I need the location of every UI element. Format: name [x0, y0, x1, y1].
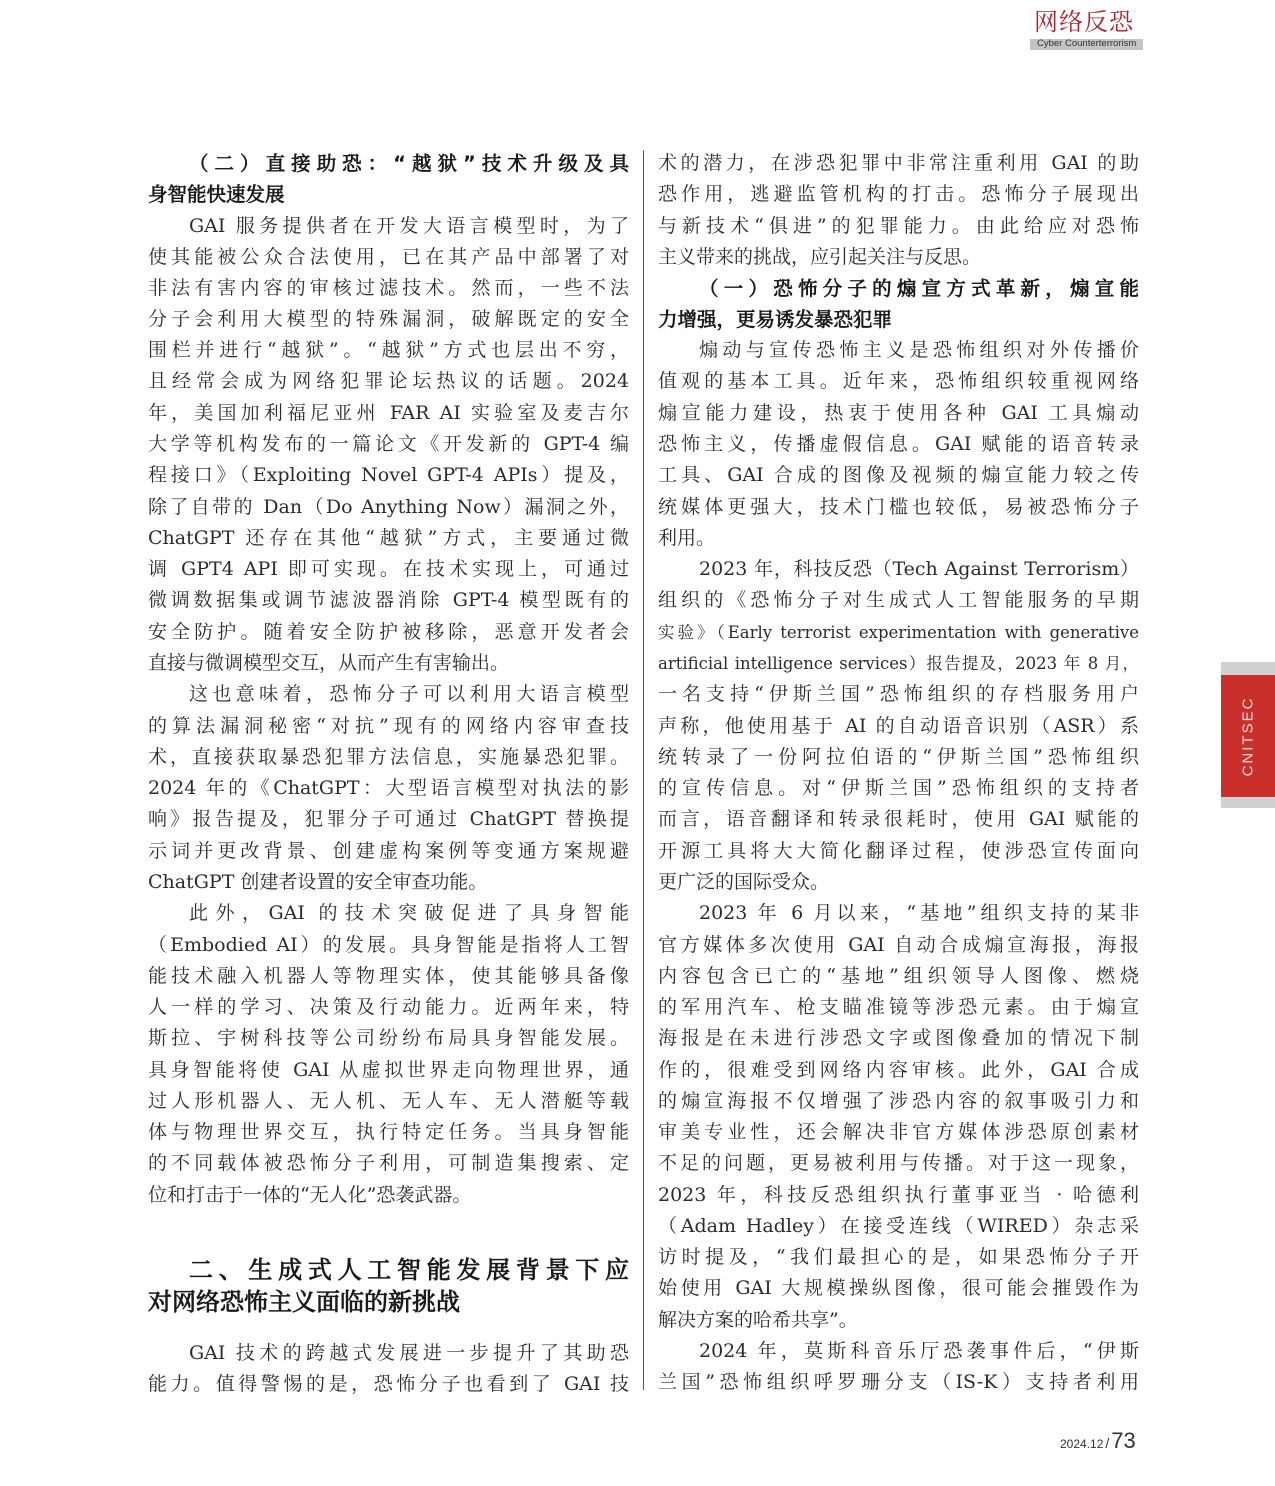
body-text-line: 此外，GAI 的技术突破促进了具身智能 — [148, 898, 629, 929]
footer-separator: / — [1105, 1435, 1109, 1451]
body-text-line: 2023 年，科技反恐组织执行董事亚当 · 哈德利 — [658, 1180, 1139, 1211]
section-heading-line: 对网络恐怖主义面临的新挑战 — [148, 1286, 629, 1318]
side-tab-top-band — [1221, 662, 1275, 675]
body-text-line: 组织的《恐怖分子对生成式人工智能服务的早期 — [658, 585, 1139, 616]
body-text-line: 兰国”恐怖组织呼罗珊分支（IS-K）支持者利用 — [658, 1367, 1139, 1398]
body-text-line: 且经常会成为网络犯罪论坛热议的话题。2024 — [148, 366, 629, 397]
side-tab-label-wrap: CNITSEC — [1221, 675, 1275, 797]
running-header-title: 网络反恐 — [1034, 7, 1134, 37]
body-text-line: 过人形机器人、无人机、无人车、无人潜艇等载 — [148, 1086, 629, 1117]
body-text-line: 访时提及，“我们最担心的是，如果恐怖分子开 — [658, 1242, 1139, 1273]
running-header-subtitle: Cyber Counterterrorism — [1037, 38, 1136, 50]
body-text-line: 实验》（Early terrorist experimentation with… — [658, 617, 1139, 648]
body-text-line: 人一样的学习、决策及行动能力。近两年来，特 — [148, 992, 629, 1023]
body-text-line: （Embodied AI）的发展。具身智能是指将人工智 — [148, 930, 629, 961]
body-text-line: 调 GPT4 API 即可实现。在技术实现上，可通过 — [148, 554, 629, 585]
body-text-line: 利用。 — [658, 523, 1139, 554]
body-text-line: 审美专业性，还会解决非官方媒体涉恐原创素材 — [658, 1117, 1139, 1148]
body-text-line: GAI 服务提供者在开发大语言模型时，为了 — [148, 211, 629, 242]
body-text-line: 统转录了一份阿拉伯语的“伊斯兰国”恐怖组织 — [658, 742, 1139, 773]
body-text-line: 更广泛的国际受众。 — [658, 867, 1139, 898]
body-text-line: 大学等机构发布的一篇论文《开发新的 GPT-4 编 — [148, 429, 629, 460]
body-text-line: 内容包含已亡的“基地”组织领导人图像、燃烧 — [658, 961, 1139, 992]
body-text-line: 安全防护。随着安全防护被移除，恶意开发者会 — [148, 617, 629, 648]
body-text-line: 的算法漏洞秘密“对抗”现有的网络内容审查技 — [148, 711, 629, 742]
body-text-line: 能力。值得警惕的是，恐怖分子也看到了 GAI 技 — [148, 1369, 629, 1400]
body-text-line: 2023 年 6 月以来，“基地”组织支持的某非 — [658, 898, 1139, 929]
body-text-line: 海报是在未进行涉恐文字或图像叠加的情况下制 — [658, 1023, 1139, 1054]
body-text-line: 位和打击于一体的“无人化”恐袭武器。 — [148, 1180, 629, 1211]
section-heading-line: （二）直接助恐：“越狱”技术升级及具 — [148, 148, 629, 179]
body-text-line: artificial intelligence services）报告提及，20… — [658, 648, 1139, 679]
body-text-line: 的军用汽车、枪支瞄准镜等涉恐元素。由于煽宣 — [658, 992, 1139, 1023]
body-text-line: 分子会利用大模型的特殊漏洞，破解既定的安全 — [148, 304, 629, 335]
column-divider — [643, 150, 644, 1390]
page-number: 73 — [1111, 1428, 1135, 1453]
body-text-line: （Adam Hadley）在接受连线（WIRED）杂志采 — [658, 1211, 1139, 1242]
body-text-line: 斯拉、宇树科技等公司纷纷布局具身智能发展。 — [148, 1023, 629, 1054]
body-text-line: 这也意味着，恐怖分子可以利用大语言模型 — [148, 679, 629, 710]
section-heading-line: （一）恐怖分子的煽宣方式革新，煽宣能 — [658, 273, 1139, 304]
body-text-line: 围栏并进行“越狱”。“越狱”方式也层出不穷， — [148, 335, 629, 366]
body-text-line: 与新技术“俱进”的犯罪能力。由此给应对恐怖 — [658, 211, 1139, 242]
body-text-line: 工具、GAI 合成的图像及视频的煽宣能力较之传 — [658, 460, 1139, 491]
issue-date: 2024.12 — [1060, 1437, 1103, 1451]
body-text-line: 2024 年的《ChatGPT：大型语言模型对执法的影 — [148, 773, 629, 804]
body-text-line: ChatGPT 还存在其他“越狱”方式，主要通过微 — [148, 523, 629, 554]
body-text-line: 煽宣能力建设，热衷于使用各种 GAI 工具煽动 — [658, 398, 1139, 429]
body-text-line: 统媒体更强大，技术门槛也较低，易被恐怖分子 — [658, 492, 1139, 523]
body-text-line: 的煽宣海报不仅增强了涉恐内容的叙事吸引力和 — [658, 1086, 1139, 1117]
body-text-line: 声称，他使用基于 AI 的自动语音识别（ASR）系 — [658, 711, 1139, 742]
body-text-line: GAI 技术的跨越式发展进一步提升了其助恐 — [148, 1338, 629, 1369]
section-heading-line: 二、生成式人工智能发展背景下应 — [148, 1254, 629, 1286]
body-text-line: 始使用 GAI 大规模操纵图像，很可能会摧毁作为 — [658, 1273, 1139, 1304]
body-text-line: 而言，语音翻译和转录很耗时，使用 GAI 赋能的 — [658, 804, 1139, 835]
body-text-line: 2023 年，科技反恐（Tech Against Terrorism） — [658, 554, 1139, 585]
body-text-line: 体与物理世界交互，执行特定任务。当具身智能 — [148, 1117, 629, 1148]
body-text-line: 官方媒体多次使用 GAI 自动合成煽宣海报，海报 — [658, 930, 1139, 961]
body-text-line: 的宣传信息。对“伊斯兰国”恐怖组织的支持者 — [658, 773, 1139, 804]
page-footer: 2024.12/73 — [1060, 1428, 1136, 1454]
section-heading-line: 身智能快速发展 — [148, 179, 629, 210]
body-text-line: 术，直接获取暴恐犯罪方法信息，实施暴恐犯罪。 — [148, 742, 629, 773]
body-text-line: 值观的基本工具。近年来，恐怖组织较重视网络 — [658, 366, 1139, 397]
body-text-line: 术的潜力，在涉恐犯罪中非常注重利用 GAI 的助 — [658, 148, 1139, 179]
section-heading-line: 力增强，更易诱发暴恐犯罪 — [658, 304, 1139, 335]
side-tab-bottom-band — [1221, 797, 1275, 808]
body-text-line: 年，美国加利福尼亚州 FAR AI 实验室及麦吉尔 — [148, 398, 629, 429]
body-text-line: 一名支持“伊斯兰国”恐怖组织的存档服务用户 — [658, 679, 1139, 710]
body-text-line: 除了自带的 Dan（Do Anything Now）漏洞之外， — [148, 492, 629, 523]
body-text-line: 开源工具将大大简化翻译过程，使涉恐宣传面向 — [658, 836, 1139, 867]
body-text-line: 不足的问题，更易被利用与传播。对于这一现象， — [658, 1148, 1139, 1179]
body-text-line: ChatGPT 创建者设置的安全审查功能。 — [148, 867, 629, 898]
body-text-line: 示词并更改背景、创建虚构案例等变通方案规避 — [148, 836, 629, 867]
body-text-line: 具身智能将使 GAI 从虚拟世界走向物理世界，通 — [148, 1055, 629, 1086]
body-text-line: 直接与微调模型交互，从而产生有害输出。 — [148, 648, 629, 679]
body-text-line: 响》报告提及，犯罪分子可通过 ChatGPT 替换提 — [148, 804, 629, 835]
body-text-line: 非法有害内容的审核过滤技术。然而，一些不法 — [148, 273, 629, 304]
body-text-line: 能技术融入机器人等物理实体，使其能够具备像 — [148, 961, 629, 992]
body-text-line: 解决方案的哈希共享”。 — [658, 1305, 1139, 1336]
body-text-line: 使其能被公众合法使用，已在其产品中部署了对 — [148, 242, 629, 273]
body-text-line: 煽动与宣传恐怖主义是恐怖组织对外传播价 — [658, 335, 1139, 366]
body-text-line: 微调数据集或调节滤波器消除 GPT-4 模型既有的 — [148, 585, 629, 616]
body-text-line: 的不同载体被恐怖分子利用，可制造集搜索、定 — [148, 1148, 629, 1179]
body-text-line: 2024 年，莫斯科音乐厅恐袭事件后，“伊斯 — [658, 1336, 1139, 1367]
body-text-line: 恐作用，逃避监管机构的打击。恐怖分子展现出 — [658, 179, 1139, 210]
side-tab-label: CNITSEC — [1240, 696, 1257, 776]
body-text-line: 程接口》（Exploiting Novel GPT-4 APIs）提及， — [148, 460, 629, 491]
body-text-line: 主义带来的挑战，应引起关注与反思。 — [658, 242, 1139, 273]
body-text-line: 作的，很难受到网络内容审核。此外，GAI 合成 — [658, 1055, 1139, 1086]
body-text-line: 恐怖主义，传播虚假信息。GAI 赋能的语音转录 — [658, 429, 1139, 460]
